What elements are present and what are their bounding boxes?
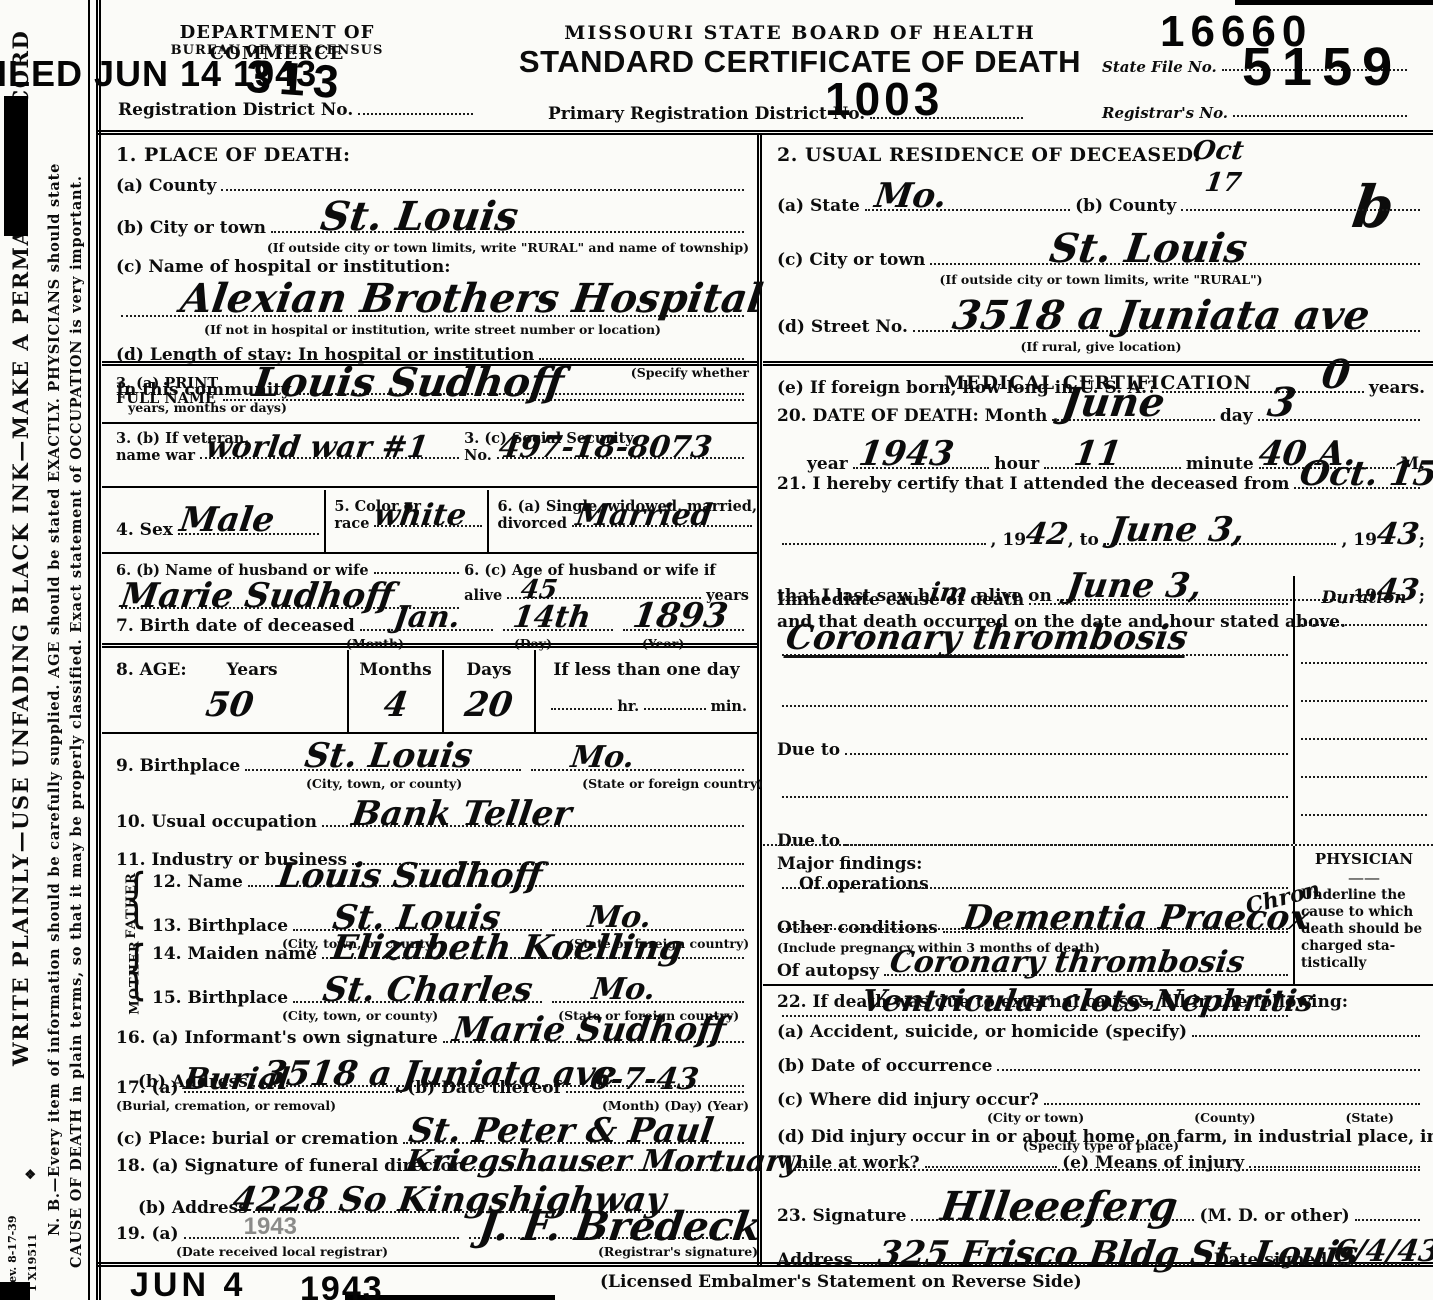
birthplace-note2: (State or foreign country) [582,776,763,791]
to-year-handwritten: 43 [1375,520,1421,550]
while-at-work-row: While at work? [777,1153,1062,1173]
birthplace-row: 9. Birthplace St. Louis Mo. [116,756,749,776]
birthplace-state-handwritten: Mo. [569,743,636,773]
month-note: (Month) [346,636,404,651]
physician-address-line: 325 Frisco Bldg St. Louis [858,1259,1209,1265]
operations-label: Of operations [799,874,929,894]
mother-name-handwritten: Elizabeth Koelling [330,931,686,965]
occupation-row: 10. Usual occupation Bank Teller [116,812,749,832]
age-less-cell: If less than one day hr. min. [534,650,757,732]
birthdate-label: 7. Birth date of deceased [116,616,355,636]
injury-where-row: (c) Where did injury occur? [777,1090,1425,1110]
hr-line [551,704,612,710]
burial-date-label: (b) Date thereof [407,1078,561,1098]
physician-address-row: Address 325 Frisco Bldg St. Louis Date s… [777,1250,1425,1270]
ssn-block: 3. (c) Social Security No. 497-18-8073 [464,426,749,464]
death-day-handwritten: 3 [1265,383,1298,423]
section-burial: 17. (a) Burial (b) Date thereof 6-7-43 (… [102,1078,757,1148]
date-signed-handwritten: 6/4/43 [1332,1237,1433,1267]
death-year-handwritten: 1943 [856,437,955,471]
section-full-name: 3. (a) PRINT FULL NAME Louis Sudhoff [102,370,757,424]
accident-label: (a) Accident, suicide, or homicide (spec… [777,1022,1187,1042]
cause-blank-row-2 [777,792,1293,803]
marital-handwritten: Married [574,501,714,531]
street-line: 3518 a Juniata ave [913,326,1420,332]
burial-date-line: 6-7-43 [566,1087,744,1093]
certify-row-1: 21. I hereby certify that I attended the… [777,474,1425,494]
death-month-line: June [1052,415,1214,421]
age-years-value: 50 [204,688,256,722]
scan-artifact-bar [1235,0,1433,5]
mother-name-row: 14. Maiden name Elizabeth Koelling [152,944,749,964]
registrar-number-label: Registrar's No. [1102,104,1228,122]
veteran-handwritten: world war #1 [204,433,430,463]
union-bug-icon: ❖ [24,1168,39,1180]
mother-birthplace-label: 15. Birthplace [152,988,288,1008]
means-of-injury-label: (e) Means of injury [1062,1153,1244,1173]
embalmer-statement-note: (Licensed Embalmer's Statement on Revers… [600,1272,1082,1292]
county-line [221,185,744,191]
physician-header: PHYSICIAN [1301,850,1427,868]
scan-artifact-bar [0,1282,30,1300]
due-to-label-1: Due to [777,740,840,760]
city-row: (b) City or town St. Louis [116,218,749,238]
burial-line: Burial [184,1087,403,1093]
operations-row: Of operations Chron [777,874,1293,894]
date-of-death-row: 20. DATE OF DEATH: Month June day 3 [777,406,1425,426]
spouse-line-top [374,568,460,574]
section-registrar: 19. (a) 1943 J. F. Bredeck (Date receive… [102,1210,757,1262]
father-name-handwritten: Louis Sudhoff [275,859,544,893]
physician-column: PHYSICIAN —— Underline the cause to whic… [1293,846,1433,984]
residence-city-note: (If outside city or town limits, write "… [777,272,1425,287]
duration-line [1301,812,1427,816]
state-note: (State) [1345,1110,1393,1125]
ssn-label2: No. [464,447,492,464]
mother-name-label: 14. Maiden name [152,944,317,964]
findings-blank-line [782,924,1288,930]
color-label2: race [334,515,369,532]
attended-from-handwritten: Oct. 15th [1298,457,1433,491]
sex-handwritten: Male [178,503,277,537]
annotation-oct: Oct [1191,138,1245,164]
registrar-row: 19. (a) 1943 J. F. Bredeck [116,1224,749,1244]
section-funeral-director: 18. (a) Signature of funeral director Kr… [102,1148,757,1210]
occupation-handwritten: Bank Teller [350,797,574,831]
section-work-injury: (Specify type of place) While at work? (… [763,1138,1433,1180]
birth-day-handwritten: 14th [511,603,593,633]
section-physician-signature: 23. Signature Hlleeeferg (M. D. or other… [763,1180,1433,1262]
operations-line: Chron [934,883,1288,889]
annotation-17: 17 [1203,170,1243,196]
death-hour-line: 11 [1044,463,1181,469]
age-months-header: Months [349,660,442,680]
section-usual-residence: 2. USUAL RESIDENCE OF DECEASED: Oct 17 b… [763,136,1433,366]
work-injury-row: While at work? (e) Means of injury [777,1153,1425,1173]
residence-county-label: (b) County [1075,196,1176,216]
burial-place-handwritten: St. Peter & Paul [407,1114,716,1148]
age-months-cell: Months 4 [347,650,442,732]
hr-label: hr. [617,698,639,715]
means-of-injury-row: (e) Means of injury [1062,1153,1425,1173]
street-label: (d) Street No. [777,317,908,337]
autopsy-label: Of autopsy [777,961,879,981]
autopsy-handwritten-1: Coronary thrombosis [888,948,1246,978]
birth-month-line: Jan. [360,625,494,631]
informant-row: 16. (a) Informant's own signature Marie … [116,1028,749,1048]
birthplace-line: St. Louis [245,765,521,771]
received-date-stamp-year: 1943 [300,1272,384,1300]
duration-column: Duration [1293,576,1433,844]
spouse-age-label2: alive [464,587,502,604]
birthplace-handwritten: St. Louis [303,739,475,773]
section-occupation: 10. Usual occupation Bank Teller [102,792,757,836]
section-birthplace: 9. Birthplace St. Louis Mo. (City, town,… [102,736,757,792]
veteran-line: world war #1 [200,453,459,459]
burial-place-label: (c) Place: burial or cremation [116,1129,398,1149]
city-or-town-note: (City or town) [987,1110,1084,1125]
min-label: min. [711,698,747,715]
date-signed-line: 6/4/43 [1332,1259,1420,1265]
age-less-header: If less than one day [546,660,747,680]
section-major-findings: Major findings: Of operations Chron Of a… [763,844,1433,986]
to-year-prefix: , 19 [1341,530,1377,550]
physician-signature-row: 23. Signature Hlleeeferg (M. D. or other… [777,1206,1425,1226]
death-hour-handwritten: 11 [1072,437,1124,471]
county-label: (a) County [116,176,216,196]
form-revision-number: Rev. 8-17-39 [6,1216,19,1292]
birth-year-line: 1893 [623,625,744,631]
certify-text-1: 21. I hereby certify that I attended the… [777,474,1289,494]
stamp-313: 313 [245,53,349,106]
state-file-value-stamp: 5159 [1242,40,1402,94]
duration-line [1301,736,1427,740]
city-handwritten: St. Louis [318,197,520,237]
birth-year-handwritten: 1893 [630,599,729,633]
board-of-health-line: MISSOURI STATE BOARD OF HEALTH [520,22,1080,44]
mother-name-line: Elizabeth Koelling [322,953,744,959]
sex-row: 4. Sex Male [116,520,324,540]
immediate-cause-value-row: Coronary thrombosis [777,650,1293,661]
residence-city-row: (c) City or town St. Louis [777,250,1425,270]
burial-note: (Burial, cremation, or removal) [116,1098,336,1113]
mother-state-handwritten: Mo. [590,975,657,1005]
city-note: (If outside city or town limits, write "… [116,240,749,255]
year-note: (Year) [642,636,684,651]
registrar-received-label: 19. (a) [116,1224,179,1244]
immediate-cause-line-1 [1029,599,1288,605]
mother-state-line: Mo. [552,997,744,1003]
immediate-cause-row: Immediate cause of death [777,590,1293,610]
findings-main: Major findings: Of operations Chron Of a… [763,846,1293,984]
physician-address-label: Address [777,1250,853,1270]
accident-line [1192,1031,1420,1037]
mother-birthplace-handwritten: St. Charles [321,973,535,1007]
duration-line [1301,774,1427,778]
age-months-value: 4 [381,688,409,722]
marital-cell: 6. (a) Single, widowed, married, divorce… [487,490,757,552]
marital-row: divorced Married [497,515,757,532]
scan-artifact-bar [4,96,28,236]
hospital-line: Alexian Brothers Hospital [121,311,744,317]
registrar-received-line: 1943 [184,1233,459,1239]
md-or-other-line [1355,1215,1420,1221]
duration-header: Duration [1295,588,1433,608]
veteran-label2: name war [116,447,195,464]
birthdate-row: 7. Birth date of deceased Jan. 14th 1893 [116,616,749,636]
cause-blank-line-2 [782,792,1288,798]
duration-line [1301,698,1427,702]
form-left-border [88,0,90,1300]
primary-district-number-stamp: 1003 [825,76,943,122]
death-day-line: 3 [1258,415,1420,421]
state-county-row: (a) State Mo. (b) County [777,196,1425,216]
margin-warning-nb: N. B.—Every item of information should b… [46,163,63,1236]
residence-county-line [1181,205,1420,211]
autopsy-handwritten-2: Ventricular clots-Nephritis [860,987,1315,1017]
father-name-label: 12. Name [152,872,243,892]
min-line [644,704,705,710]
city-label: (b) City or town [116,218,266,238]
color-cell: 5. Color or race white [324,490,487,552]
birthplace-state-line: Mo. [531,765,744,771]
duration-line [1301,660,1427,664]
funeral-director-handwritten: Kriegshauser Mortuary [404,1147,801,1177]
from-year-handwritten: 42 [1024,520,1070,550]
burial-type-row: 17. (a) Burial [116,1078,407,1098]
father-brace: { [125,866,147,930]
father-birthplace-label: 13. Birthplace [152,916,288,936]
veteran-block: 3. (b) If veteran, name war world war #1 [116,426,464,464]
print-full-name-label: 3. (a) PRINT FULL NAME [116,376,218,406]
md-or-other-label: (M. D. or other) [1199,1206,1349,1226]
residence-city-handwritten: St. Louis [1048,229,1250,269]
ssn-line: 497-18-8073 [497,453,744,459]
section-veteran-ssn: 3. (b) If veteran, name war world war #1… [102,426,757,488]
death-day-label: day [1220,406,1253,426]
street-handwritten: 3518 a Juniata ave [950,296,1372,336]
age-days-cell: Days 20 [442,650,534,732]
informant-handwritten: Marie Sudhoff [450,1013,727,1047]
sex-label: 4. Sex [116,520,173,540]
residence-city-line: St. Louis [930,259,1420,265]
physician-signature-label: 23. Signature [777,1206,906,1226]
occupation-label: 10. Usual occupation [116,812,317,832]
funeral-director-row: 18. (a) Signature of funeral director Kr… [116,1156,749,1176]
occurrence-date-label: (b) Date of occurrence [777,1056,992,1076]
means-of-injury-line [1249,1162,1420,1168]
death-month-handwritten: June [1060,383,1168,423]
section-sex-color-marital: 4. Sex Male 5. Color or race white 6. (a… [102,490,757,554]
registrar-signature-handwritten: J. F. Bredeck [476,1207,763,1247]
margin-warning-cause: CAUSE OF DEATH in plain terms, so that i… [68,175,85,1268]
burial-row: 17. (a) Burial (b) Date thereof 6-7-43 [116,1078,749,1098]
attended-from-line: Oct. 15th [1294,483,1420,489]
injury-where-label: (c) Where did injury occur? [777,1090,1039,1110]
birth-day-line: 14th [503,625,612,631]
registrar-number-row: Registrar's No. [1102,104,1412,122]
funeral-director-line: Kriegshauser Mortuary [466,1165,744,1171]
residence-state-label: (a) State [777,196,860,216]
marital-line: Married [572,521,752,527]
major-findings-label: Major findings: [777,854,1293,874]
registrar-signature-line: J. F. Bredeck [469,1233,744,1239]
city-line: St. Louis [271,227,744,233]
due-to-line-1 [845,749,1288,755]
day-note: (Day) [514,636,552,651]
hospital-label: (c) Name of hospital or institution: [116,257,749,277]
autopsy-line-1: Coronary thrombosis [884,970,1288,976]
from-blank-line [782,539,986,545]
color-row: race white [334,515,487,532]
father-name-line: Louis Sudhoff [248,881,744,887]
full-name-handwritten: Louis Sudhoff [250,363,566,403]
residence-state-handwritten: Mo. [872,179,948,213]
full-name-row: 3. (a) PRINT FULL NAME Louis Sudhoff [116,376,749,406]
spouse-handwritten: Marie Sudhoff [119,579,396,613]
ssn-row: No. 497-18-8073 [464,447,749,464]
injury-where-notes: (City or town) (County) (State) [777,1110,1425,1125]
burial-handwritten: Burial [182,1065,291,1095]
sex-line: Male [178,529,319,535]
certificate-title: STANDARD CERTIFICATE OF DEATH [505,44,1095,80]
birthplace-note1: (City, town, or county) [306,776,462,791]
registration-district-line [358,109,473,115]
cause-blank-line-1 [782,701,1288,707]
age-days-header: Days [444,660,534,680]
place-of-death-heading: 1. PLACE OF DEATH: [116,144,749,166]
occurrence-date-row: (b) Date of occurrence [777,1056,1425,1076]
burial-date-handwritten: 6-7-43 [588,1065,701,1095]
occurrence-date-line [997,1065,1420,1071]
length-of-stay-line [539,354,744,360]
veteran-row: name war world war #1 [116,447,464,464]
color-handwritten: white [372,501,468,531]
date-of-death-label: 20. DATE OF DEATH: Month [777,406,1047,426]
attended-to-handwritten: June 3, [1107,513,1246,547]
color-line: white [374,521,482,527]
section-mother: MOTHER { 14. Maiden name Elizabeth Koell… [102,944,757,1014]
state-file-label: State File No. [1102,58,1217,76]
registrar-faint-stamp: 1943 [244,1215,297,1239]
hospital-row: Alexian Brothers Hospital [116,311,749,322]
age-days-value: 20 [463,688,515,722]
hospital-note: (If not in hospital or institution, writ… [116,322,749,337]
semi-1: ; [1419,530,1425,550]
physician-signature-line: Hlleeeferg [911,1215,1194,1221]
received-date-stamp-month: JUN 4 [130,1268,246,1300]
hr-min-row: hr. min. [546,698,747,715]
registrar-received-note: (Date received local registrar) [176,1244,388,1259]
section-spouse-birthdate: 6. (b) Name of husband or wife Marie Sud… [102,556,757,648]
birth-month-handwritten: Jan. [392,603,462,633]
immediate-cause-handwritten: Coronary thrombosis [783,621,1189,658]
birthdate-notes: (Month) (Day) (Year) [116,636,749,651]
injury-where-line [1044,1099,1420,1105]
immediate-cause-line-2: Coronary thrombosis [782,650,1288,656]
cause-blank-row-1 [777,701,1293,712]
mother-brace: { [125,938,147,1002]
residence-state-line: Mo. [865,205,1070,211]
specify-place-note: (Specify type of place) [777,1138,1425,1153]
usual-residence-heading: 2. USUAL RESIDENCE OF DECEASED: [777,144,1425,166]
mother-birthplace-line: St. Charles [293,997,542,1003]
residence-city-label: (c) City or town [777,250,925,270]
informant-line: Marie Sudhoff [443,1037,744,1043]
section-place-of-death: 1. PLACE OF DEATH: (a) County (b) City o… [102,136,757,366]
spouse-age-label: 6. (c) Age of husband or wife if [464,562,749,579]
while-at-work-line [925,1162,1058,1168]
age-label: 8. AGE: [116,660,187,680]
death-year-line: 1943 [853,463,990,469]
primary-registration-row: Primary Registration District No. [548,104,1028,124]
occupation-line: Bank Teller [322,821,744,827]
ssn-handwritten: 497-18-8073 [497,433,714,463]
primary-registration-label: Primary Registration District No. [548,104,865,124]
to-label: , to [1068,530,1099,550]
informant-label: 16. (a) Informant's own signature [116,1028,438,1048]
age-years-header: Years [227,660,278,680]
full-name-line: Louis Sudhoff [223,395,744,401]
burial-date-row: (b) Date thereof 6-7-43 [407,1078,749,1098]
burial-label: 17. (a) [116,1078,179,1098]
section-age: 8. AGE: Years 50 Months 4 Days 20 If les… [102,650,757,734]
autopsy-row: Of autopsy Coronary thrombosis [777,961,1293,981]
father-name-row: 12. Name Louis Sudhoff [152,872,749,892]
sex-cell: 4. Sex Male [102,490,324,552]
hospital-handwritten: Alexian Brothers Hospital [178,279,765,319]
immediate-cause-label: Immediate cause of death [777,590,1024,610]
duration-line [1301,622,1427,626]
birthplace-notes: (City, town, or county) (State or foreig… [116,776,749,791]
physician-dash: —— [1301,868,1427,887]
certify-row-2: , 1942 , to June 3, , 1943; [777,520,1425,550]
physician-signature-handwritten: Hlleeeferg [939,1187,1181,1227]
birthplace-label: 9. Birthplace [116,756,240,776]
street-row: (d) Street No. 3518 a Juniata ave [777,317,1425,337]
mother-birthplace-row: 15. Birthplace St. Charles Mo. [152,988,749,1008]
while-at-work-label: While at work? [777,1153,920,1173]
physician-address-handwritten: 325 Frisco Bldg St. Louis [876,1237,1361,1271]
marital-label2: divorced [497,515,567,532]
from-year-prefix: , 19 [991,530,1027,550]
county-note: (County) [1194,1110,1255,1125]
accident-row: (a) Accident, suicide, or homicide (spec… [777,1022,1425,1042]
findings-blank-row [777,924,1293,935]
age-years-cell: 8. AGE: Years 50 [102,650,347,732]
registrar-number-line [1233,111,1407,117]
attended-to-line: June 3, [1104,539,1337,545]
cause-main: Immediate cause of death Coronary thromb… [763,576,1293,844]
section-cause-of-death: Immediate cause of death Coronary thromb… [763,576,1433,844]
due-to-row-1: Due to [777,740,1293,760]
residence-state-row: (a) State Mo. [777,196,1075,216]
section-certification: 21. I hereby certify that I attended the… [763,470,1433,576]
